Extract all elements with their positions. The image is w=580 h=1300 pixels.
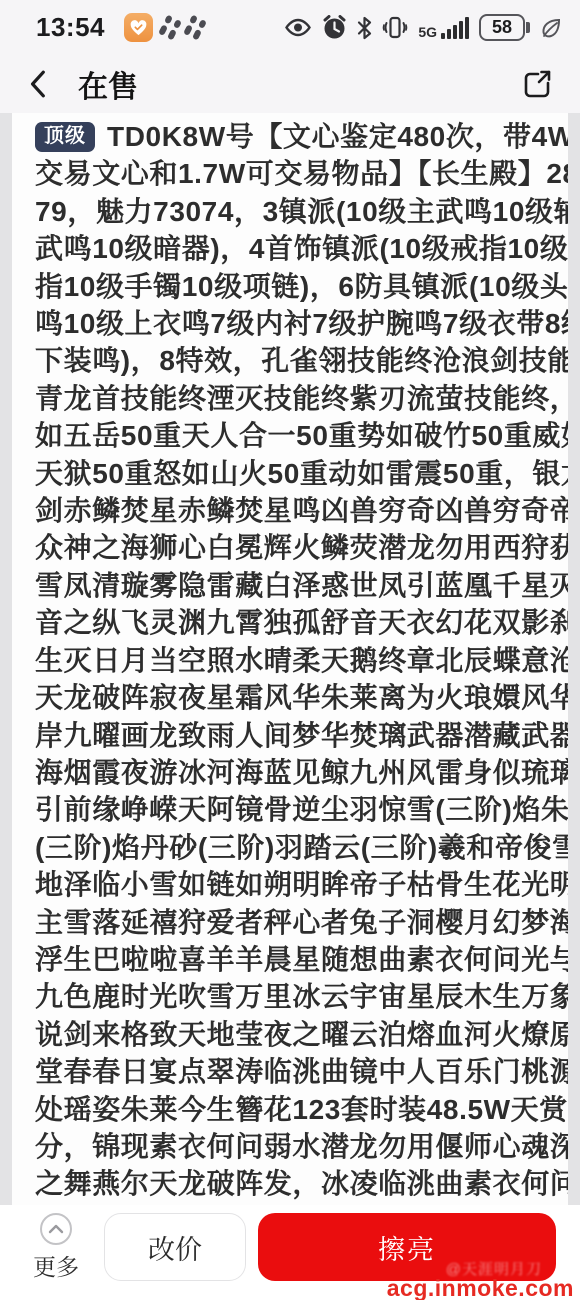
text-line: 音之纵飞灵渊九霄独孤舒音天衣幻花双影刹那 bbox=[35, 604, 560, 641]
status-bar-right: 5G 58 bbox=[284, 14, 562, 41]
vibrate-icon bbox=[382, 15, 408, 40]
bluetooth-icon bbox=[357, 16, 372, 40]
signal-5g-icon: 5G bbox=[418, 17, 469, 39]
text-line: 鸣10级上衣鸣7级内衬7级护腕鸣7级衣带8级 bbox=[35, 305, 560, 342]
text-line: 交易文心和1.7W可交易物品】【长生殿】28. bbox=[35, 155, 560, 192]
text-line: 浮生巴啦啦喜羊羊晨星随想曲素衣何问光与沫 bbox=[35, 941, 560, 978]
text-line: 武鸣10级暗器)，4首饰镇派(10级戒指10级戒 bbox=[35, 230, 560, 267]
battery-indicator: 58 bbox=[479, 14, 530, 41]
more-button[interactable]: 更多 bbox=[20, 1213, 92, 1282]
right-gutter bbox=[568, 113, 580, 1205]
text-line: 海烟霞夜游冰河海蓝见鲸九州风雷身似琉璃似 bbox=[35, 754, 560, 791]
change-price-button[interactable]: 改价 bbox=[104, 1213, 246, 1281]
listing-description: 顶级 TD0K8W号【文心鉴定480次，带4W可 交易文心和1.7W可交易物品】… bbox=[0, 113, 580, 1205]
text-line: 指10级手镯10级项链)，6防具镇派(10级头饰 bbox=[35, 268, 560, 305]
left-gutter bbox=[0, 113, 12, 1205]
notification-slash-icon bbox=[158, 15, 182, 41]
more-label: 更多 bbox=[33, 1249, 79, 1282]
text-line: 青龙首技能终湮灭技能终紫刃流萤技能终，镇 bbox=[35, 380, 560, 417]
site-watermark: acg.inmoke.com bbox=[387, 1275, 574, 1300]
text-line: 顶级 TD0K8W号【文心鉴定480次，带4W可 bbox=[35, 118, 560, 155]
description-first-line: TD0K8W号【文心鉴定480次，带4W可 bbox=[107, 118, 568, 155]
text-line: 岸九曜画龙致雨人间梦华焚璃武器潜藏武器沧 bbox=[35, 717, 560, 754]
text-line: 天龙破阵寂夜星霜风华朱莱离为火琅嬛风华彼 bbox=[35, 679, 560, 716]
text-line: (三阶)焰丹砂(三阶)羽踏云(三阶)羲和帝俊雪耀 bbox=[35, 829, 560, 866]
page-title: 在售 bbox=[78, 62, 138, 106]
text-line: 下装鸣)，8特效，孔雀翎技能终沧浪剑技能终 bbox=[35, 342, 560, 379]
status-bar-left: 13:54 bbox=[36, 12, 203, 43]
text-line: 处瑶姿朱莱今生簪花123套时装48.5W天赏积 bbox=[35, 1091, 560, 1128]
network-type-label: 5G bbox=[418, 25, 437, 39]
text-line: 分，锦现素衣何问弱水潜龙勿用偃师心魂深红 bbox=[35, 1128, 560, 1165]
text-line: 79，魅力73074，3镇派(10级主武鸣10级辅 bbox=[35, 193, 560, 230]
back-button[interactable] bbox=[26, 69, 52, 99]
heart-app-icon bbox=[124, 13, 153, 42]
phone-screen: 13:54 bbox=[0, 0, 580, 1300]
text-line: 之舞燕尔天龙破阵发，冰凌临洮曲素衣何问小 bbox=[35, 1165, 560, 1202]
text-line: 说剑来格致天地莹夜之曜云泊熔血河火燎原画 bbox=[35, 1016, 560, 1053]
polish-button[interactable]: 擦亮 @天涯明月刀 bbox=[258, 1213, 556, 1281]
share-button[interactable] bbox=[520, 67, 554, 101]
description-text-block: 顶级 TD0K8W号【文心鉴定480次，带4W可 交易文心和1.7W可交易物品】… bbox=[12, 113, 568, 1205]
status-bar: 13:54 bbox=[0, 0, 580, 55]
tier-badge: 顶级 bbox=[35, 122, 95, 152]
description-lines: 交易文心和1.7W可交易物品】【长生殿】28.79，魅力73074，3镇派(10… bbox=[35, 155, 560, 1202]
text-line: 雪凤清璇雾隐雷藏白泽惑世凤引蓝凰千星灭圣 bbox=[35, 567, 560, 604]
text-line: 天狱50重怒如山火50重动如雷震50重，银龙 bbox=[35, 455, 560, 492]
nav-bar: 在售 bbox=[0, 55, 580, 113]
text-line: 引前缘峥嵘天阿镜骨逆尘羽惊雪(三阶)焰朱华 bbox=[35, 791, 560, 828]
text-line: 生灭日月当空照水晴柔天鹅终章北辰蝶意沧海 bbox=[35, 642, 560, 679]
notification-slash-icon-2 bbox=[183, 15, 207, 41]
text-line: 如五岳50重天人合一50重势如破竹50重威如 bbox=[35, 417, 560, 454]
battery-percent: 58 bbox=[479, 14, 525, 41]
text-line: 主雪落延禧狩爱者秤心者兔子洞樱月幻梦海月 bbox=[35, 904, 560, 941]
power-save-leaf-icon bbox=[540, 17, 562, 39]
chevron-up-circle-icon bbox=[40, 1213, 72, 1245]
text-line: 剑赤鳞焚星赤鳞焚星鸣凶兽穷奇凶兽穷奇帝子 bbox=[35, 492, 560, 529]
clock-time: 13:54 bbox=[36, 12, 105, 43]
text-line: 众神之海狮心白冕辉火鳞荧潜龙勿用西狩获麟 bbox=[35, 529, 560, 566]
bottom-action-bar: 更多 改价 擦亮 @天涯明月刀 acg.inmoke.com bbox=[0, 1205, 580, 1300]
alarm-clock-icon bbox=[322, 15, 347, 40]
polish-label: 擦亮 bbox=[378, 1228, 436, 1267]
text-line: 堂春春日宴点翠涛临洮曲镜中人百乐门桃源深 bbox=[35, 1053, 560, 1090]
text-line: 九色鹿时光吹雪万里冰云宇宙星辰木生万象且 bbox=[35, 978, 560, 1015]
text-line: 地泽临小雪如链如朔明眸帝子枯骨生花光明之 bbox=[35, 866, 560, 903]
eye-protection-icon bbox=[284, 18, 312, 37]
